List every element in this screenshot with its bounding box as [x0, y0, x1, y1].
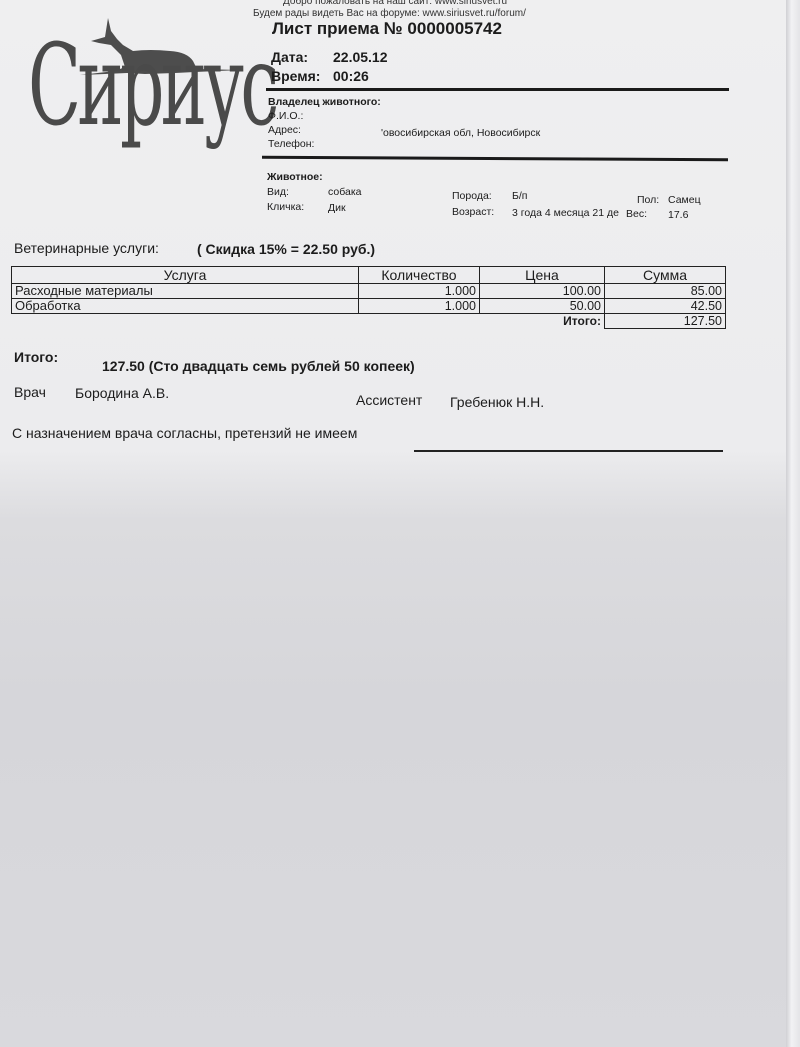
discount-text: ( Скидка 15% = 22.50 руб.) [197, 241, 375, 257]
owner-heading: Владелец животного: [268, 96, 381, 108]
site-url-line: Добро пожаловать на наш сайт: www.sirius… [283, 0, 507, 7]
breed-value: Б/п [512, 190, 528, 202]
assistant-value: Гребенюк Н.Н. [450, 394, 544, 410]
grand-total-label: Итого: [14, 349, 58, 365]
row-price: 100.00 [480, 284, 605, 299]
nickname-label: Кличка: [267, 201, 304, 213]
col-price: Цена [480, 267, 605, 284]
owner-address-label: Адрес: [268, 124, 301, 136]
date-label: Дата: [271, 49, 308, 65]
row-service: Расходные материалы [12, 284, 359, 299]
table-row: Обработка 1.000 50.00 42.50 [12, 299, 726, 314]
species-value: собака [328, 186, 361, 198]
table-total-row: Итого: 127.50 [12, 314, 726, 329]
date-value: 22.05.12 [333, 49, 388, 65]
grand-total-text: 127.50 (Сто двадцать семь рублей 50 копе… [102, 358, 415, 374]
age-label: Возраст: [452, 206, 494, 218]
table-row: Расходные материалы 1.000 100.00 85.00 [12, 284, 726, 299]
row-qty: 1.000 [359, 299, 480, 314]
forum-url-line: Будем рады видеть Вас на форуме: www.sir… [253, 8, 526, 19]
table-total-value: 127.50 [605, 314, 726, 329]
assistant-label: Ассистент [356, 392, 422, 408]
owner-rule [262, 156, 728, 161]
row-price: 50.00 [480, 299, 605, 314]
doctor-label: Врач [14, 384, 46, 400]
sex-value: Самец [668, 194, 701, 206]
scan-edge [786, 0, 800, 1047]
owner-name-label: Ф.И.О.: [268, 110, 303, 122]
row-qty: 1.000 [359, 284, 480, 299]
consent-text: С назначением врача согласны, претензий … [12, 425, 357, 441]
age-value: 3 года 4 месяца 21 де [512, 207, 619, 219]
document-title: Лист приема № 0000005742 [272, 19, 502, 39]
doctor-value: Бородина А.В. [75, 385, 169, 401]
row-service: Обработка [12, 299, 359, 314]
signature-line [414, 450, 723, 452]
col-sum: Сумма [605, 267, 726, 284]
animal-heading: Животное: [267, 171, 323, 183]
header-rule [266, 88, 729, 91]
nickname-value: Дик [328, 202, 346, 214]
weight-label: Вес: [626, 208, 647, 220]
logo-text: Сириус [28, 30, 276, 142]
services-heading: Ветеринарные услуги: [14, 240, 159, 256]
weight-value: 17.6 [668, 209, 688, 221]
table-total-label: Итого: [480, 314, 605, 329]
row-sum: 42.50 [605, 299, 726, 314]
time-label: Время: [271, 68, 320, 84]
time-value: 00:26 [333, 68, 369, 84]
owner-phone-label: Телефон: [268, 138, 314, 150]
col-service: Услуга [12, 267, 359, 284]
services-table: Услуга Количество Цена Сумма Расходные м… [11, 266, 726, 329]
table-header-row: Услуга Количество Цена Сумма [12, 267, 726, 284]
sex-label: Пол: [637, 194, 659, 206]
species-label: Вид: [267, 186, 289, 198]
owner-address-value: 'овосибирская обл, Новосибирск [381, 127, 540, 139]
col-quantity: Количество [359, 267, 480, 284]
row-sum: 85.00 [605, 284, 726, 299]
breed-label: Порода: [452, 190, 492, 202]
